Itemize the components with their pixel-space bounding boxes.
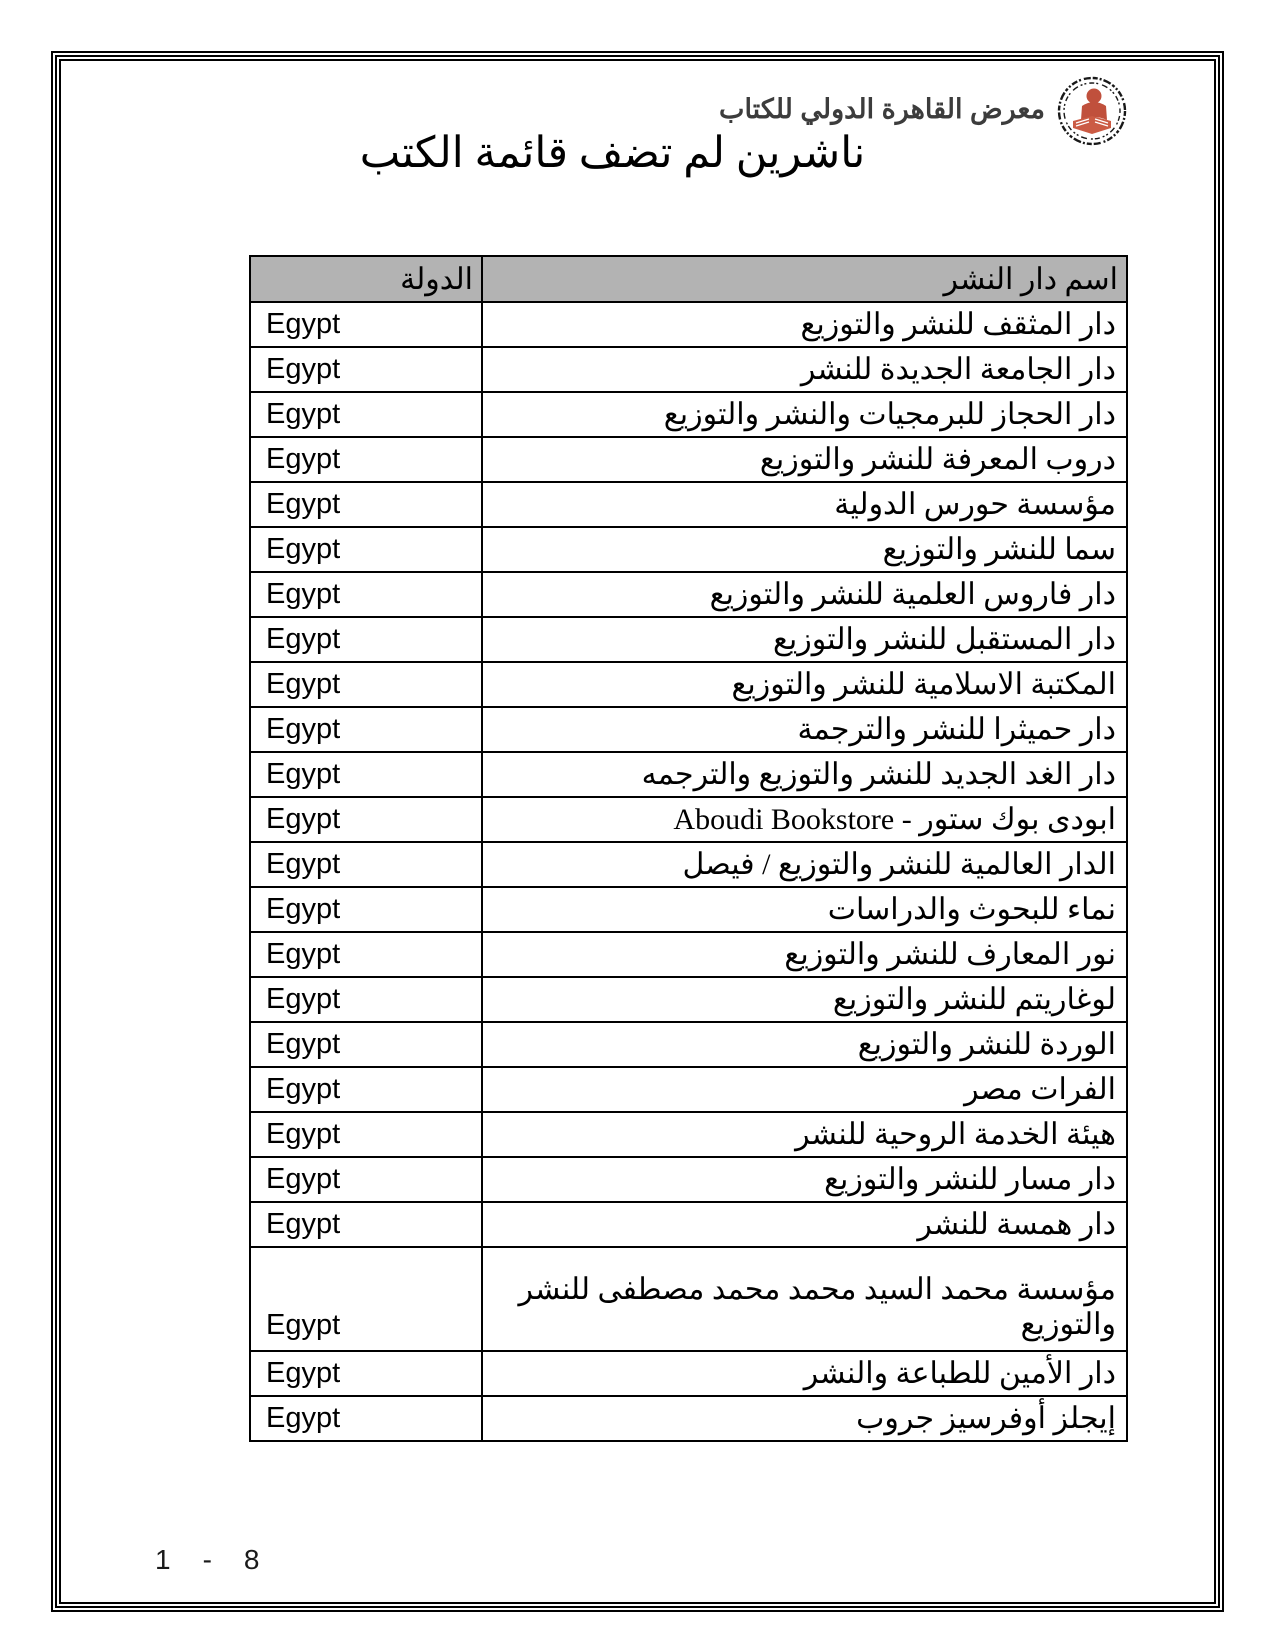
table-row: مؤسسة حورس الدولية Egypt — [250, 482, 1127, 527]
country-cell: Egypt — [250, 1202, 482, 1247]
publisher-name-cell: الوردة للنشر والتوزيع — [482, 1022, 1127, 1067]
page-number: 1 - 8 — [155, 1544, 259, 1576]
publisher-name-cell: دار حميثرا للنشر والترجمة — [482, 707, 1127, 752]
country-cell: Egypt — [250, 1022, 482, 1067]
publisher-name-cell: مؤسسة محمد السيد محمد محمد مصطفى للنشر و… — [482, 1247, 1127, 1351]
page-number-separator: - — [203, 1544, 212, 1576]
publisher-name-cell: ابودى بوك ستور - Aboudi Bookstore — [482, 797, 1127, 842]
table-row: دار الأمين للطباعة والنشر Egypt — [250, 1351, 1127, 1396]
publisher-name-cell: دار الجامعة الجديدة للنشر — [482, 347, 1127, 392]
publisher-name-cell: دار الأمين للطباعة والنشر — [482, 1351, 1127, 1396]
publisher-name-cell: دار فاروس العلمية للنشر والتوزيع — [482, 572, 1127, 617]
table-body: دار المثقف للنشر والتوزيع Egypt دار الجا… — [250, 302, 1127, 1441]
table-row: لوغاريتم للنشر والتوزيع Egypt — [250, 977, 1127, 1022]
table-row: دار حميثرا للنشر والترجمة Egypt — [250, 707, 1127, 752]
country-cell: Egypt — [250, 302, 482, 347]
brand-title: معرض القاهرة الدولي للكتاب — [719, 94, 1045, 129]
page-number-total: 8 — [244, 1544, 260, 1576]
country-column-header: الدولة — [250, 256, 482, 302]
country-cell: Egypt — [250, 797, 482, 842]
publisher-name-cell: هيئة الخدمة الروحية للنشر — [482, 1112, 1127, 1157]
table-row: المكتبة الاسلامية للنشر والتوزيع Egypt — [250, 662, 1127, 707]
publisher-name-cell: إيجلز أوفرسيز جروب — [482, 1396, 1127, 1441]
publisher-name-cell: المكتبة الاسلامية للنشر والتوزيع — [482, 662, 1127, 707]
country-cell: Egypt — [250, 752, 482, 797]
country-cell: Egypt — [250, 572, 482, 617]
country-cell: Egypt — [250, 1112, 482, 1157]
table-row: إيجلز أوفرسيز جروب Egypt — [250, 1396, 1127, 1441]
document-page: { "header": { "brand": "معرض القاهرة الد… — [0, 0, 1275, 1650]
country-cell: Egypt — [250, 437, 482, 482]
table-row: سما للنشر والتوزيع Egypt — [250, 527, 1127, 572]
table-row: دار الغد الجديد للنشر والتوزيع والترجمه … — [250, 752, 1127, 797]
country-cell: Egypt — [250, 707, 482, 752]
table-row: دار همسة للنشر Egypt — [250, 1202, 1127, 1247]
table-row: مؤسسة محمد السيد محمد محمد مصطفى للنشر و… — [250, 1247, 1127, 1351]
publisher-name-cell: دار مسار للنشر والتوزيع — [482, 1157, 1127, 1202]
table-row: دار المستقبل للنشر والتوزيع Egypt — [250, 617, 1127, 662]
table-row: الوردة للنشر والتوزيع Egypt — [250, 1022, 1127, 1067]
country-cell: Egypt — [250, 662, 482, 707]
table-header-row: اسم دار النشر الدولة — [250, 256, 1127, 302]
publisher-name-cell: لوغاريتم للنشر والتوزيع — [482, 977, 1127, 1022]
table-row: دار الحجاز للبرمجيات والنشر والتوزيع Egy… — [250, 392, 1127, 437]
publisher-name-cell: دار المستقبل للنشر والتوزيع — [482, 617, 1127, 662]
publisher-name-cell: الدار العالمية للنشر والتوزيع / فيصل — [482, 842, 1127, 887]
country-cell: Egypt — [250, 617, 482, 662]
table-row: ابودى بوك ستور - Aboudi Bookstore Egypt — [250, 797, 1127, 842]
publisher-name-cell: الفرات مصر — [482, 1067, 1127, 1112]
country-cell: Egypt — [250, 1157, 482, 1202]
publisher-name-cell: دار الحجاز للبرمجيات والنشر والتوزيع — [482, 392, 1127, 437]
country-cell: Egypt — [250, 1351, 482, 1396]
table-row: الفرات مصر Egypt — [250, 1067, 1127, 1112]
country-cell: Egypt — [250, 1067, 482, 1112]
table-row: الدار العالمية للنشر والتوزيع / فيصل Egy… — [250, 842, 1127, 887]
publisher-name-cell: دار المثقف للنشر والتوزيع — [482, 302, 1127, 347]
table-row: نماء للبحوث والدراسات Egypt — [250, 887, 1127, 932]
table-row: دار مسار للنشر والتوزيع Egypt — [250, 1157, 1127, 1202]
country-cell: Egypt — [250, 842, 482, 887]
country-cell: Egypt — [250, 932, 482, 977]
table-row: هيئة الخدمة الروحية للنشر Egypt — [250, 1112, 1127, 1157]
publisher-name-cell: دروب المعرفة للنشر والتوزيع — [482, 437, 1127, 482]
country-cell: Egypt — [250, 887, 482, 932]
publisher-name-cell: مؤسسة حورس الدولية — [482, 482, 1127, 527]
country-cell: Egypt — [250, 977, 482, 1022]
publisher-name-cell: نماء للبحوث والدراسات — [482, 887, 1127, 932]
publishers-table: اسم دار النشر الدولة دار المثقف للنشر وا… — [249, 255, 1128, 1442]
country-cell: Egypt — [250, 1396, 482, 1441]
publisher-column-header: اسم دار النشر — [482, 256, 1127, 302]
country-cell: Egypt — [250, 482, 482, 527]
country-cell: Egypt — [250, 392, 482, 437]
country-cell: Egypt — [250, 347, 482, 392]
table-row: دار الجامعة الجديدة للنشر Egypt — [250, 347, 1127, 392]
table-row: دروب المعرفة للنشر والتوزيع Egypt — [250, 437, 1127, 482]
table-row: دار فاروس العلمية للنشر والتوزيع Egypt — [250, 572, 1127, 617]
page-title: ناشرين لم تضف قائمة الكتب — [0, 128, 1225, 178]
publisher-name-cell: سما للنشر والتوزيع — [482, 527, 1127, 572]
country-cell: Egypt — [250, 527, 482, 572]
publisher-name-cell: دار الغد الجديد للنشر والتوزيع والترجمه — [482, 752, 1127, 797]
table-row: دار المثقف للنشر والتوزيع Egypt — [250, 302, 1127, 347]
country-cell: Egypt — [250, 1247, 482, 1351]
publisher-name-cell: دار همسة للنشر — [482, 1202, 1127, 1247]
publisher-name-cell: نور المعارف للنشر والتوزيع — [482, 932, 1127, 977]
table-row: نور المعارف للنشر والتوزيع Egypt — [250, 932, 1127, 977]
page-number-current: 1 — [155, 1544, 171, 1576]
